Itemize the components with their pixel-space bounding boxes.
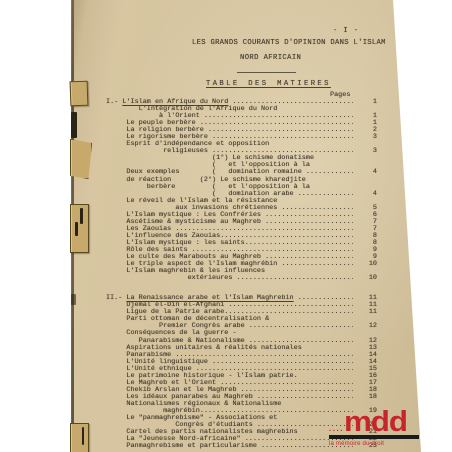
staple-mark xyxy=(80,208,83,224)
binding-mark xyxy=(71,294,76,305)
toc-page-number: 11 xyxy=(356,309,377,316)
toc-page-number xyxy=(356,177,377,184)
pages-column-label: Pages xyxy=(330,91,350,99)
toc-page-number: 3 xyxy=(356,148,377,155)
dot-leader xyxy=(269,141,353,148)
mdd-logo-tagline: la mémoire du droit xyxy=(329,441,423,447)
binding-tab xyxy=(70,81,89,107)
mdd-logo-dots: .... xyxy=(329,424,344,433)
dot-leader xyxy=(200,120,353,127)
dot-leader xyxy=(277,198,353,205)
dot-leader xyxy=(265,268,353,275)
dot-leader xyxy=(298,295,353,302)
dot-leader xyxy=(204,113,353,120)
dot-leader xyxy=(306,345,353,352)
toc-page-number: 1 xyxy=(356,99,377,106)
binding-tab xyxy=(70,423,89,452)
dot-leader xyxy=(298,373,353,380)
dot-leader xyxy=(306,169,353,176)
dot-leader xyxy=(310,162,353,169)
dot-leader xyxy=(281,205,353,212)
binding-tab xyxy=(70,139,92,179)
dot-leader xyxy=(298,191,353,198)
toc-rows: I.- L'Islam en Afrique du Nord 1 L'Intég… xyxy=(106,99,377,450)
dot-leader xyxy=(208,127,353,134)
dot-leader xyxy=(281,261,353,268)
dot-leader xyxy=(245,240,353,247)
dot-leader xyxy=(314,155,353,162)
dot-leader xyxy=(228,302,353,309)
dot-leader xyxy=(306,177,353,184)
toc-page-number: 18 xyxy=(356,394,377,401)
dot-leader xyxy=(237,275,353,282)
dot-leader xyxy=(249,323,353,330)
toc-page-number: 4 xyxy=(356,169,377,176)
dot-leader xyxy=(265,219,353,226)
staple-mark xyxy=(82,427,84,445)
staple-mark xyxy=(75,222,78,236)
document-title-line1: LES GRANDS COURANTS D'OPINION DANS L'ISL… xyxy=(192,39,386,47)
toc-page-number: 10 xyxy=(356,261,377,268)
toc-page-number: 12 xyxy=(356,323,377,330)
document-title-line2: NORD AFRICAIN xyxy=(240,54,301,62)
binding-mark xyxy=(71,112,77,138)
dot-leader xyxy=(277,106,353,113)
divider-rule xyxy=(237,72,296,73)
page-number: - I - xyxy=(333,27,359,35)
dot-leader xyxy=(281,401,353,408)
toc-heading: TABLE DES MATIERES xyxy=(206,80,331,88)
toc-page-number: 10 xyxy=(356,275,377,282)
mdd-logo-text: mdd xyxy=(344,411,407,433)
toc-page-number: 4 xyxy=(356,191,377,198)
toc-page-number: 3 xyxy=(356,134,377,141)
toc-page-number xyxy=(356,155,377,162)
mdd-logo: ....mdd la mémoire du droit xyxy=(329,411,423,447)
scanned-document-page: { "colors":{"paper":"#d9c8a3","ink":"#4a… xyxy=(0,0,452,452)
dot-leader xyxy=(265,212,353,219)
dot-leader xyxy=(310,184,353,191)
dot-leader xyxy=(241,387,353,394)
dot-leader xyxy=(237,330,353,337)
dot-leader xyxy=(212,359,353,366)
dot-leader xyxy=(269,316,353,323)
toc-row: extérieures 10 xyxy=(106,275,377,282)
paper-sheet: - I - LES GRANDS COURANTS D'OPINION DANS… xyxy=(72,0,424,452)
